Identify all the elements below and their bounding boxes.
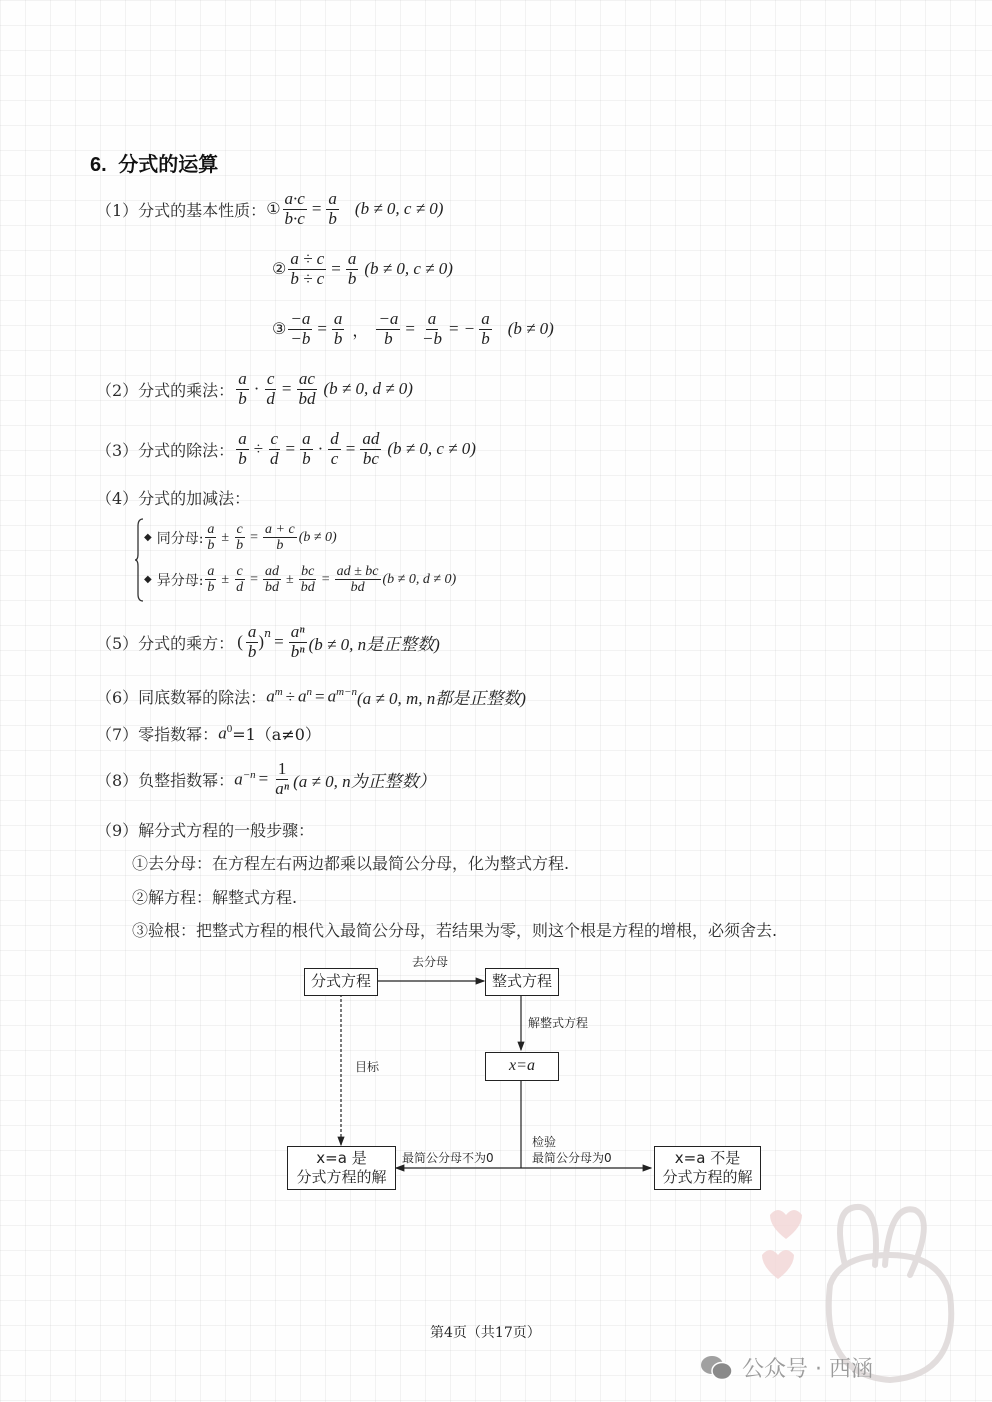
item-4-different-denominator: ◆ 异分母: ab ± cd = adbd ± bcbd = ad ± bcbd… (144, 564, 456, 596)
edge-label-is-zero: 最简公分母为0 (532, 1150, 612, 1167)
item-4-same-denominator: ◆ 同分母: ab ± cb = a + cb (b ≠ 0) (144, 522, 337, 554)
section-title: 分式的运算 (118, 154, 218, 176)
step-1: ①去分母：在方程左右两边都乘以最简公分母，化为整式方程. (132, 851, 569, 874)
diamond-bullet-icon: ◆ (144, 532, 152, 543)
circled-2: ② (272, 259, 286, 279)
item-1-line-3: ③ −a−b = ab ， −ab = a−b =− ab (b ≠ 0) (272, 310, 554, 348)
edge-label-solve: 解整式方程 (528, 1015, 588, 1032)
watermark-text: 公众号 · 西涵 (742, 1352, 873, 1383)
watermark: 公众号 · 西涵 (700, 1352, 873, 1383)
item-5-label: （5）分式的乘方： (96, 631, 234, 654)
item-4-label: （4）分式的加减法： (96, 486, 250, 509)
section-number: 6. (90, 154, 107, 176)
box-integral-equation: 整式方程 (485, 968, 559, 996)
item-3: （3）分式的除法： ab ÷ cd = ab · dc = adbc (b ≠ … (96, 430, 476, 468)
circled-1: ① (266, 199, 280, 219)
page-number: 第4页（共17页） (430, 1322, 541, 1342)
box-root: x=a (485, 1052, 559, 1081)
item-1-label: （1）分式的基本性质： (96, 198, 266, 221)
item-6: （6）同底数幂的除法： am ÷ an = am−n (a ≠ 0, m, n都… (96, 684, 526, 709)
fraction: ab (326, 190, 339, 228)
condition: (b ≠ 0) (508, 319, 554, 339)
edge-label-not-zero: 最简公分母不为0 (402, 1150, 494, 1167)
item-7: （7）零指数幂： a0 =1（a≠0） (96, 722, 321, 745)
item-7-label: （7）零指数幂： (96, 722, 218, 745)
box-fractional-equation: 分式方程 (304, 968, 378, 996)
condition: (b ≠ 0, c ≠ 0) (387, 439, 476, 459)
circled-3: ③ (272, 319, 286, 339)
edge-label-remove-denominator: 去分母 (412, 954, 448, 971)
brace-icon (134, 518, 144, 602)
item-3-label: （3）分式的除法： (96, 438, 234, 461)
section-heading: 6. 分式的运算 (90, 148, 218, 177)
step-2: ②解方程：解整式方程. (132, 885, 297, 908)
item-1-line-1: （1）分式的基本性质： ① a·cb·c = ab (b ≠ 0, c ≠ 0) (96, 190, 443, 228)
diamond-bullet-icon: ◆ (144, 574, 152, 585)
item-6-label: （6）同底数幂的除法： (96, 685, 266, 708)
edge-label-check: 检验 (532, 1134, 556, 1151)
edge-label-goal: 目标 (355, 1059, 379, 1076)
fraction: a·cb·c (283, 190, 307, 228)
item-1-line-2: ② a ÷ cb ÷ c = ab (b ≠ 0, c ≠ 0) (272, 250, 453, 288)
condition: (b ≠ 0, c ≠ 0) (355, 199, 444, 219)
wechat-icon (700, 1354, 734, 1382)
step-3: ③验根：把整式方程的根代入最简公分母，若结果为零，则这个根是方程的增根，必须舍去… (132, 918, 777, 941)
box-is-solution: x=a 是 分式方程的解 (287, 1146, 396, 1190)
item-2: （2）分式的乘法： ab · cd = acbd (b ≠ 0, d ≠ 0) (96, 370, 413, 408)
item-5: （5）分式的乘方： (ab)n = aⁿbⁿ (b ≠ 0, n是正整数) (96, 623, 440, 661)
item-2-label: （2）分式的乘法： (96, 378, 234, 401)
item-8: （8）负整指数幂： a−n = 1aⁿ (a ≠ 0, n为正整数） (96, 760, 436, 798)
item-8-label: （8）负整指数幂： (96, 768, 234, 791)
item-9-label: （9）解分式方程的一般步骤： (96, 818, 314, 841)
condition: (b ≠ 0, d ≠ 0) (323, 379, 412, 399)
box-not-solution: x=a 不是 分式方程的解 (654, 1146, 761, 1190)
condition: (b ≠ 0, c ≠ 0) (364, 259, 453, 279)
